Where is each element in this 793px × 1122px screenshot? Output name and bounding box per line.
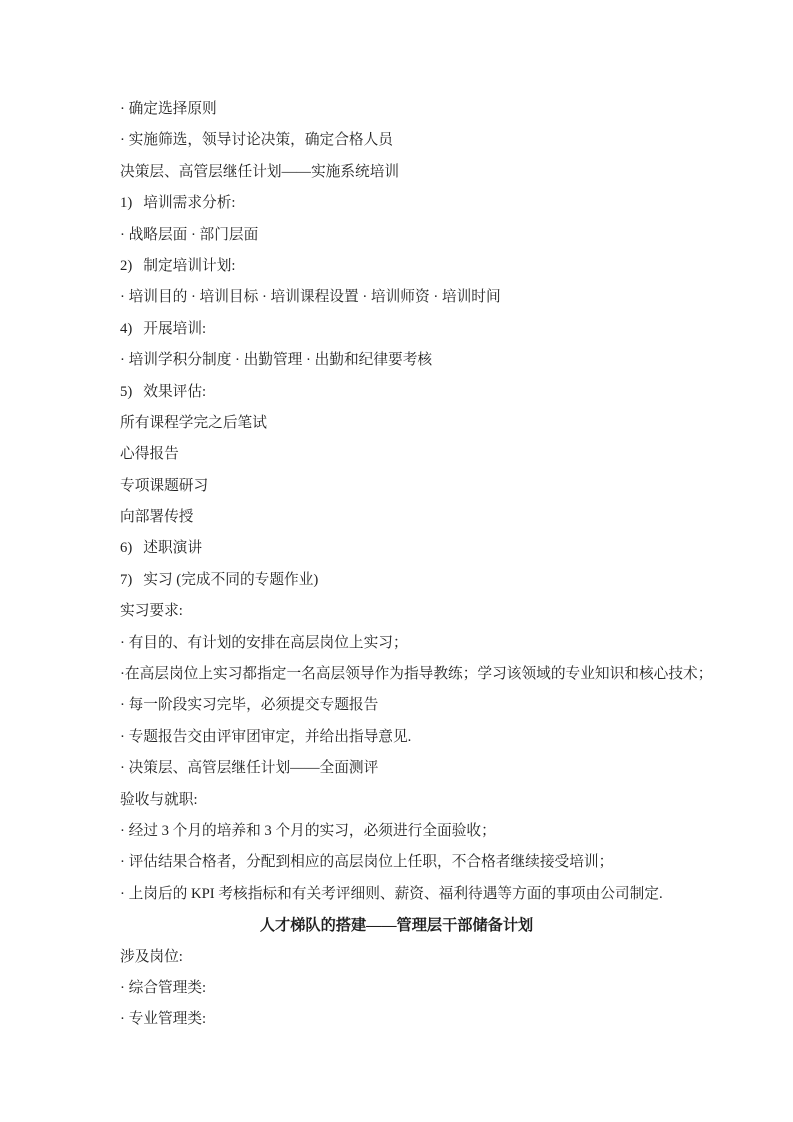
bullet-line: · 培训学积分制度 · 出勤管理 · 出勤和纪律要考核 [120,345,673,376]
bullet-line: · 专题报告交由评审团审定，并给出指导意见. [120,722,673,753]
numbered-line: 4) 开展培训: [120,314,673,345]
bullet-line: · 专业管理类: [120,1004,673,1035]
bullet-line: · 经过 3 个月的培养和 3 个月的实习，必须进行全面验收； [120,816,673,847]
numbered-line: 1) 培训需求分析: [120,188,673,219]
paragraph-line: 心得报告 [120,439,673,470]
numbered-line: 5) 效果评估: [120,377,673,408]
paragraph-line: 所有课程学完之后笔试 [120,408,673,439]
document-body: · 确定选择原则 · 实施筛选，领导讨论决策，确定合格人员 决策层、高管层继任计… [120,94,673,1036]
bullet-line: · 确定选择原则 [120,94,673,125]
paragraph-line: 验收与就职: [120,785,673,816]
paragraph-line: 实习要求: [120,596,673,627]
bullet-line: · 评估结果合格者，分配到相应的高层岗位上任职，不合格者继续接受培训； [120,847,673,878]
paragraph-line: 向部署传授 [120,502,673,533]
paragraph-line: 涉及岗位: [120,942,673,973]
numbered-line: 6) 述职演讲 [120,533,673,564]
bullet-line: · 上岗后的 KPI 考核指标和有关考评细则、薪资、福利待遇等方面的事项由公司制… [120,879,673,910]
numbered-line: 7) 实习 (完成不同的专题作业) [120,565,673,596]
document-page: · 确定选择原则 · 实施筛选，领导讨论决策，确定合格人员 决策层、高管层继任计… [0,0,793,1122]
bullet-line: · 培训目的 · 培训目标 · 培训课程设置 · 培训师资 · 培训时间 [120,282,673,313]
bullet-line: · 实施筛选，领导讨论决策，确定合格人员 [120,125,673,156]
bullet-line: · 综合管理类: [120,973,673,1004]
bullet-line: · 战略层面 · 部门层面 [120,220,673,251]
paragraph-line: 专项课题研习 [120,471,673,502]
bullet-line: · 每一阶段实习完毕，必须提交专题报告 [120,690,673,721]
bullet-line: · 有目的、有计划的安排在高层岗位上实习； [120,628,673,659]
bullet-line: ·在高层岗位上实习都指定一名高层领导作为指导教练；学习该领域的专业知识和核心技术… [120,659,673,690]
bullet-line: · 决策层、高管层继任计划——全面测评 [120,753,673,784]
paragraph-line: 决策层、高管层继任计划——实施系统培训 [120,157,673,188]
section-heading: 人才梯队的搭建——管理层干部储备计划 [120,910,673,941]
numbered-line: 2) 制定培训计划: [120,251,673,282]
